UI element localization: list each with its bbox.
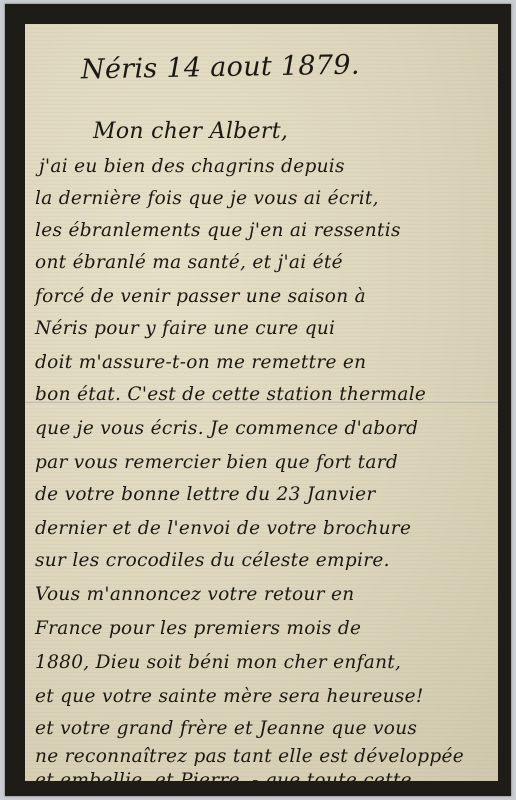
letter-line: doit m'assure-t-on me remettre en [35, 352, 366, 373]
mourning-border: Néris 14 aout 1879. Mon cher Albert, j'a… [5, 4, 511, 796]
letter-line: j'ai eu bien des chagrins depuis [39, 156, 345, 177]
letter-line: forcé de venir passer une saison à [35, 286, 366, 307]
letter-line: et votre grand frère et Jeanne que vous [35, 718, 417, 739]
letter-line: ne reconnaîtrez pas tant elle est dévelo… [35, 746, 464, 767]
letter-line: les ébranlements que j'en ai ressentis [35, 220, 401, 241]
letter-line: dernier et de l'envoi de votre brochure [35, 518, 411, 539]
letter-line: 1880, Dieu soit béni mon cher enfant, [35, 652, 401, 673]
letter-salutation: Mon cher Albert, [93, 119, 288, 144]
letter-line: ont ébranlé ma santé, et j'ai été [35, 252, 343, 273]
letter-line: bon état. C'est de cette station thermal… [35, 384, 426, 405]
letter-line: Néris pour y faire une cure qui [35, 318, 335, 339]
letter-paper: Néris 14 aout 1879. Mon cher Albert, j'a… [25, 24, 498, 781]
letter-line: et que votre sainte mère sera heureuse! [35, 686, 424, 707]
letter-line: par vous remercier bien que fort tard [35, 452, 398, 473]
letter-line: Vous m'annoncez votre retour en [35, 584, 354, 605]
letter-line: France pour les premiers mois de [35, 618, 361, 639]
letter-line: de votre bonne lettre du 23 Janvier [35, 484, 376, 505]
letter-line: sur les crocodiles du céleste empire. [35, 550, 390, 571]
letter-line: que je vous écris. Je commence d'abord [35, 418, 418, 439]
letter-line: la dernière fois que je vous ai écrit, [35, 188, 379, 209]
letter-line: et embellie, et Pierre, - que toute cett… [35, 770, 412, 781]
letter-heading-place-date: Néris 14 aout 1879. [81, 50, 360, 86]
